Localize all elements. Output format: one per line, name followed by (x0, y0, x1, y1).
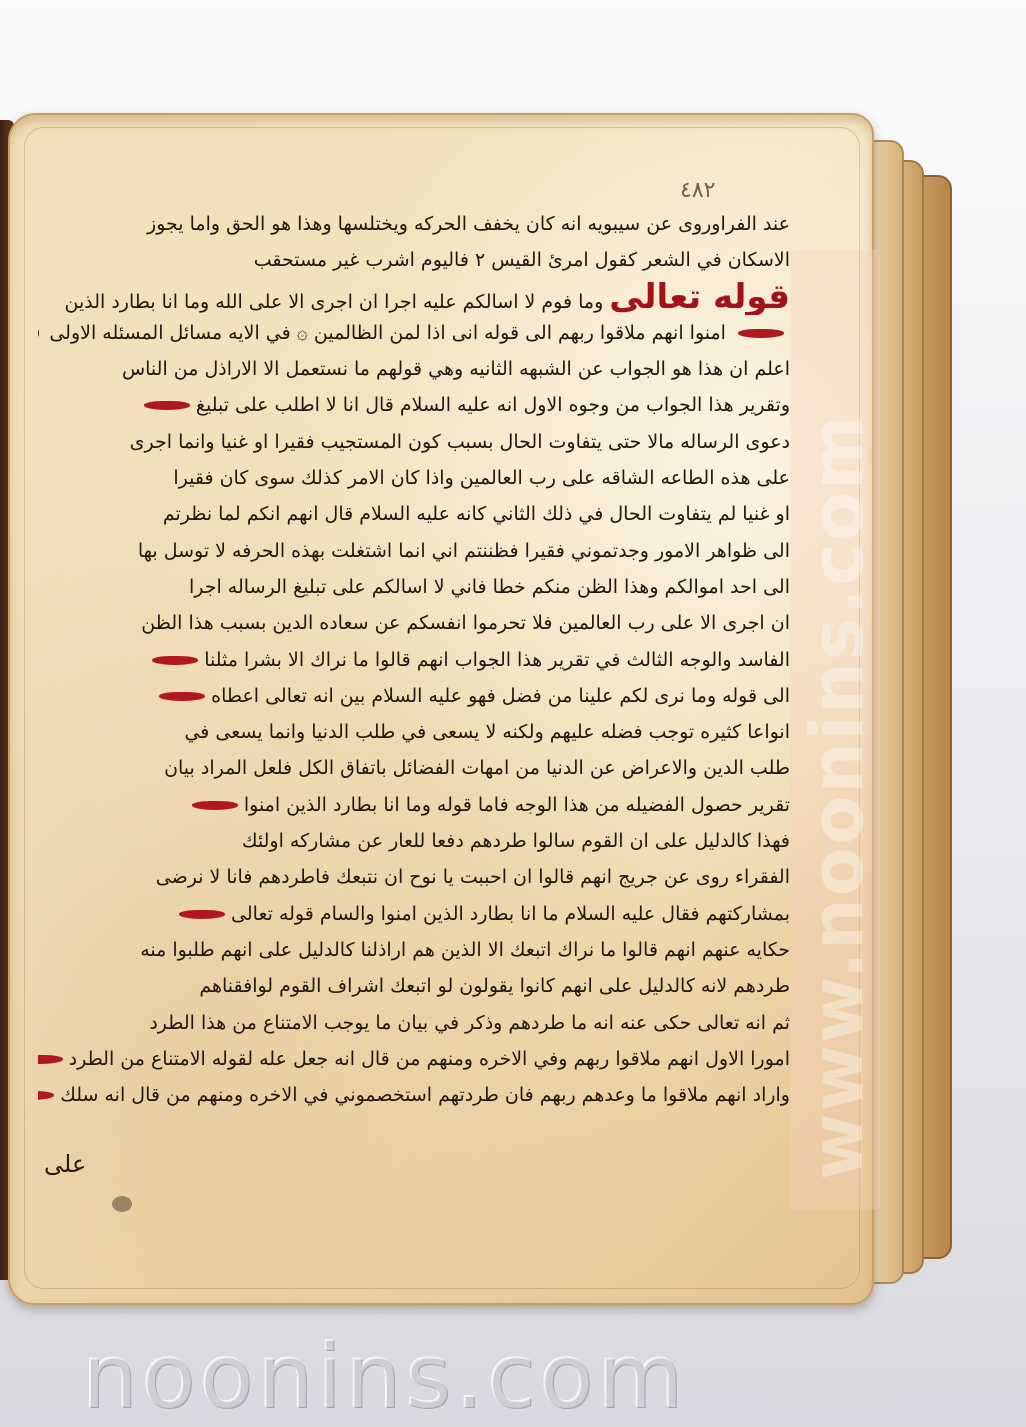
manuscript-text: عند الفراوروى عن سيبويه انه كان يخفف الح… (38, 206, 790, 1113)
text-line: ثم انه تعالى حكى عنه انه ما طردهم وذكر ف… (38, 1005, 790, 1041)
watermark-bottom: noonins.com (82, 1325, 687, 1427)
text-line: اعلم ان هذا هو الجواب عن الشبهه الثانيه … (38, 351, 790, 387)
red-overline-mark (179, 910, 225, 919)
text-line: انواعا كثيره توجب فضله عليهم ولكنه لا يس… (38, 714, 790, 750)
photo-scene: ٤٨٢ عند الفراوروى عن سيبويه انه كان يخفف… (0, 0, 1026, 1427)
text-line: امنوا انهم ملاقوا ربهم الى قوله انى اذا … (38, 315, 790, 351)
folio-number: ٤٨٢ (680, 178, 715, 203)
red-overline-mark (38, 1091, 54, 1100)
watermark-vertical: www.noonins.com (795, 413, 879, 1180)
red-overline-mark (38, 1055, 63, 1064)
verse-marker-icon (38, 324, 39, 342)
catchword: على (44, 1150, 86, 1178)
text-line: حكايه عنهم انهم قالوا ما نراك اتبعك الا … (38, 932, 790, 968)
red-overline-mark (738, 329, 784, 338)
rubric-heading: قوله تعالى (609, 279, 790, 315)
red-overline-mark (152, 656, 198, 665)
text-line: بمشاركتهم فقال عليه السلام ما انا بطارد … (38, 896, 790, 932)
text-line: قوله تعالى وما فوم لا اسالكم عليه اجرا ا… (38, 279, 790, 315)
red-overline-mark (159, 692, 205, 701)
text-line: دعوى الرساله مالا حتى يتفاوت الحال بسبب … (38, 424, 790, 460)
text-line: الفقراء روى عن جريج انهم قالوا ان احببت … (38, 859, 790, 895)
text-line: الى ظواهر الامور وجدتموني فقيرا فظننتم ا… (38, 533, 790, 569)
text-line: الى قوله وما نرى لكم علينا من فضل فهو عل… (38, 678, 790, 714)
red-overline-mark (192, 801, 238, 810)
text-line: تقرير حصول الفضيله من هذا الوجه فاما قول… (38, 787, 790, 823)
text-line: طلب الدين والاعراض عن الدنيا من امهات ال… (38, 750, 790, 786)
text-line: على هذه الطاعه الشاقه على رب العالمين وا… (38, 460, 790, 496)
text-line: او غنيا لم يتفاوت الحال في ذلك الثاني كا… (38, 496, 790, 532)
text-line: امورا الاول انهم ملاقوا ربهم وفي الاخره … (38, 1041, 790, 1077)
text-line: عند الفراوروى عن سيبويه انه كان يخفف الح… (38, 206, 790, 242)
text-line: فهذا كالدليل على ان القوم سالوا طردهم دف… (38, 823, 790, 859)
text-line: الاسكان في الشعر كقول امرئ القيس ٢ فاليو… (38, 242, 790, 278)
red-overline-mark (144, 401, 190, 410)
text-line: الفاسد والوجه الثالث في تقرير هذا الجواب… (38, 642, 790, 678)
text-line: ان اجرى الا على رب العالمين فلا تحرموا ا… (38, 605, 790, 641)
text-line: الى احد اموالكم وهذا الظن منكم خطا فاني … (38, 569, 790, 605)
text-line: وتقرير هذا الجواب من وجوه الاول انه عليه… (38, 387, 790, 423)
text-line: طردهم لانه كالدليل على انهم كانوا يقولون… (38, 968, 790, 1004)
ink-stain (112, 1196, 132, 1212)
text-line: واراد انهم ملاقوا ما وعدهم ربهم فان طردت… (38, 1077, 790, 1113)
